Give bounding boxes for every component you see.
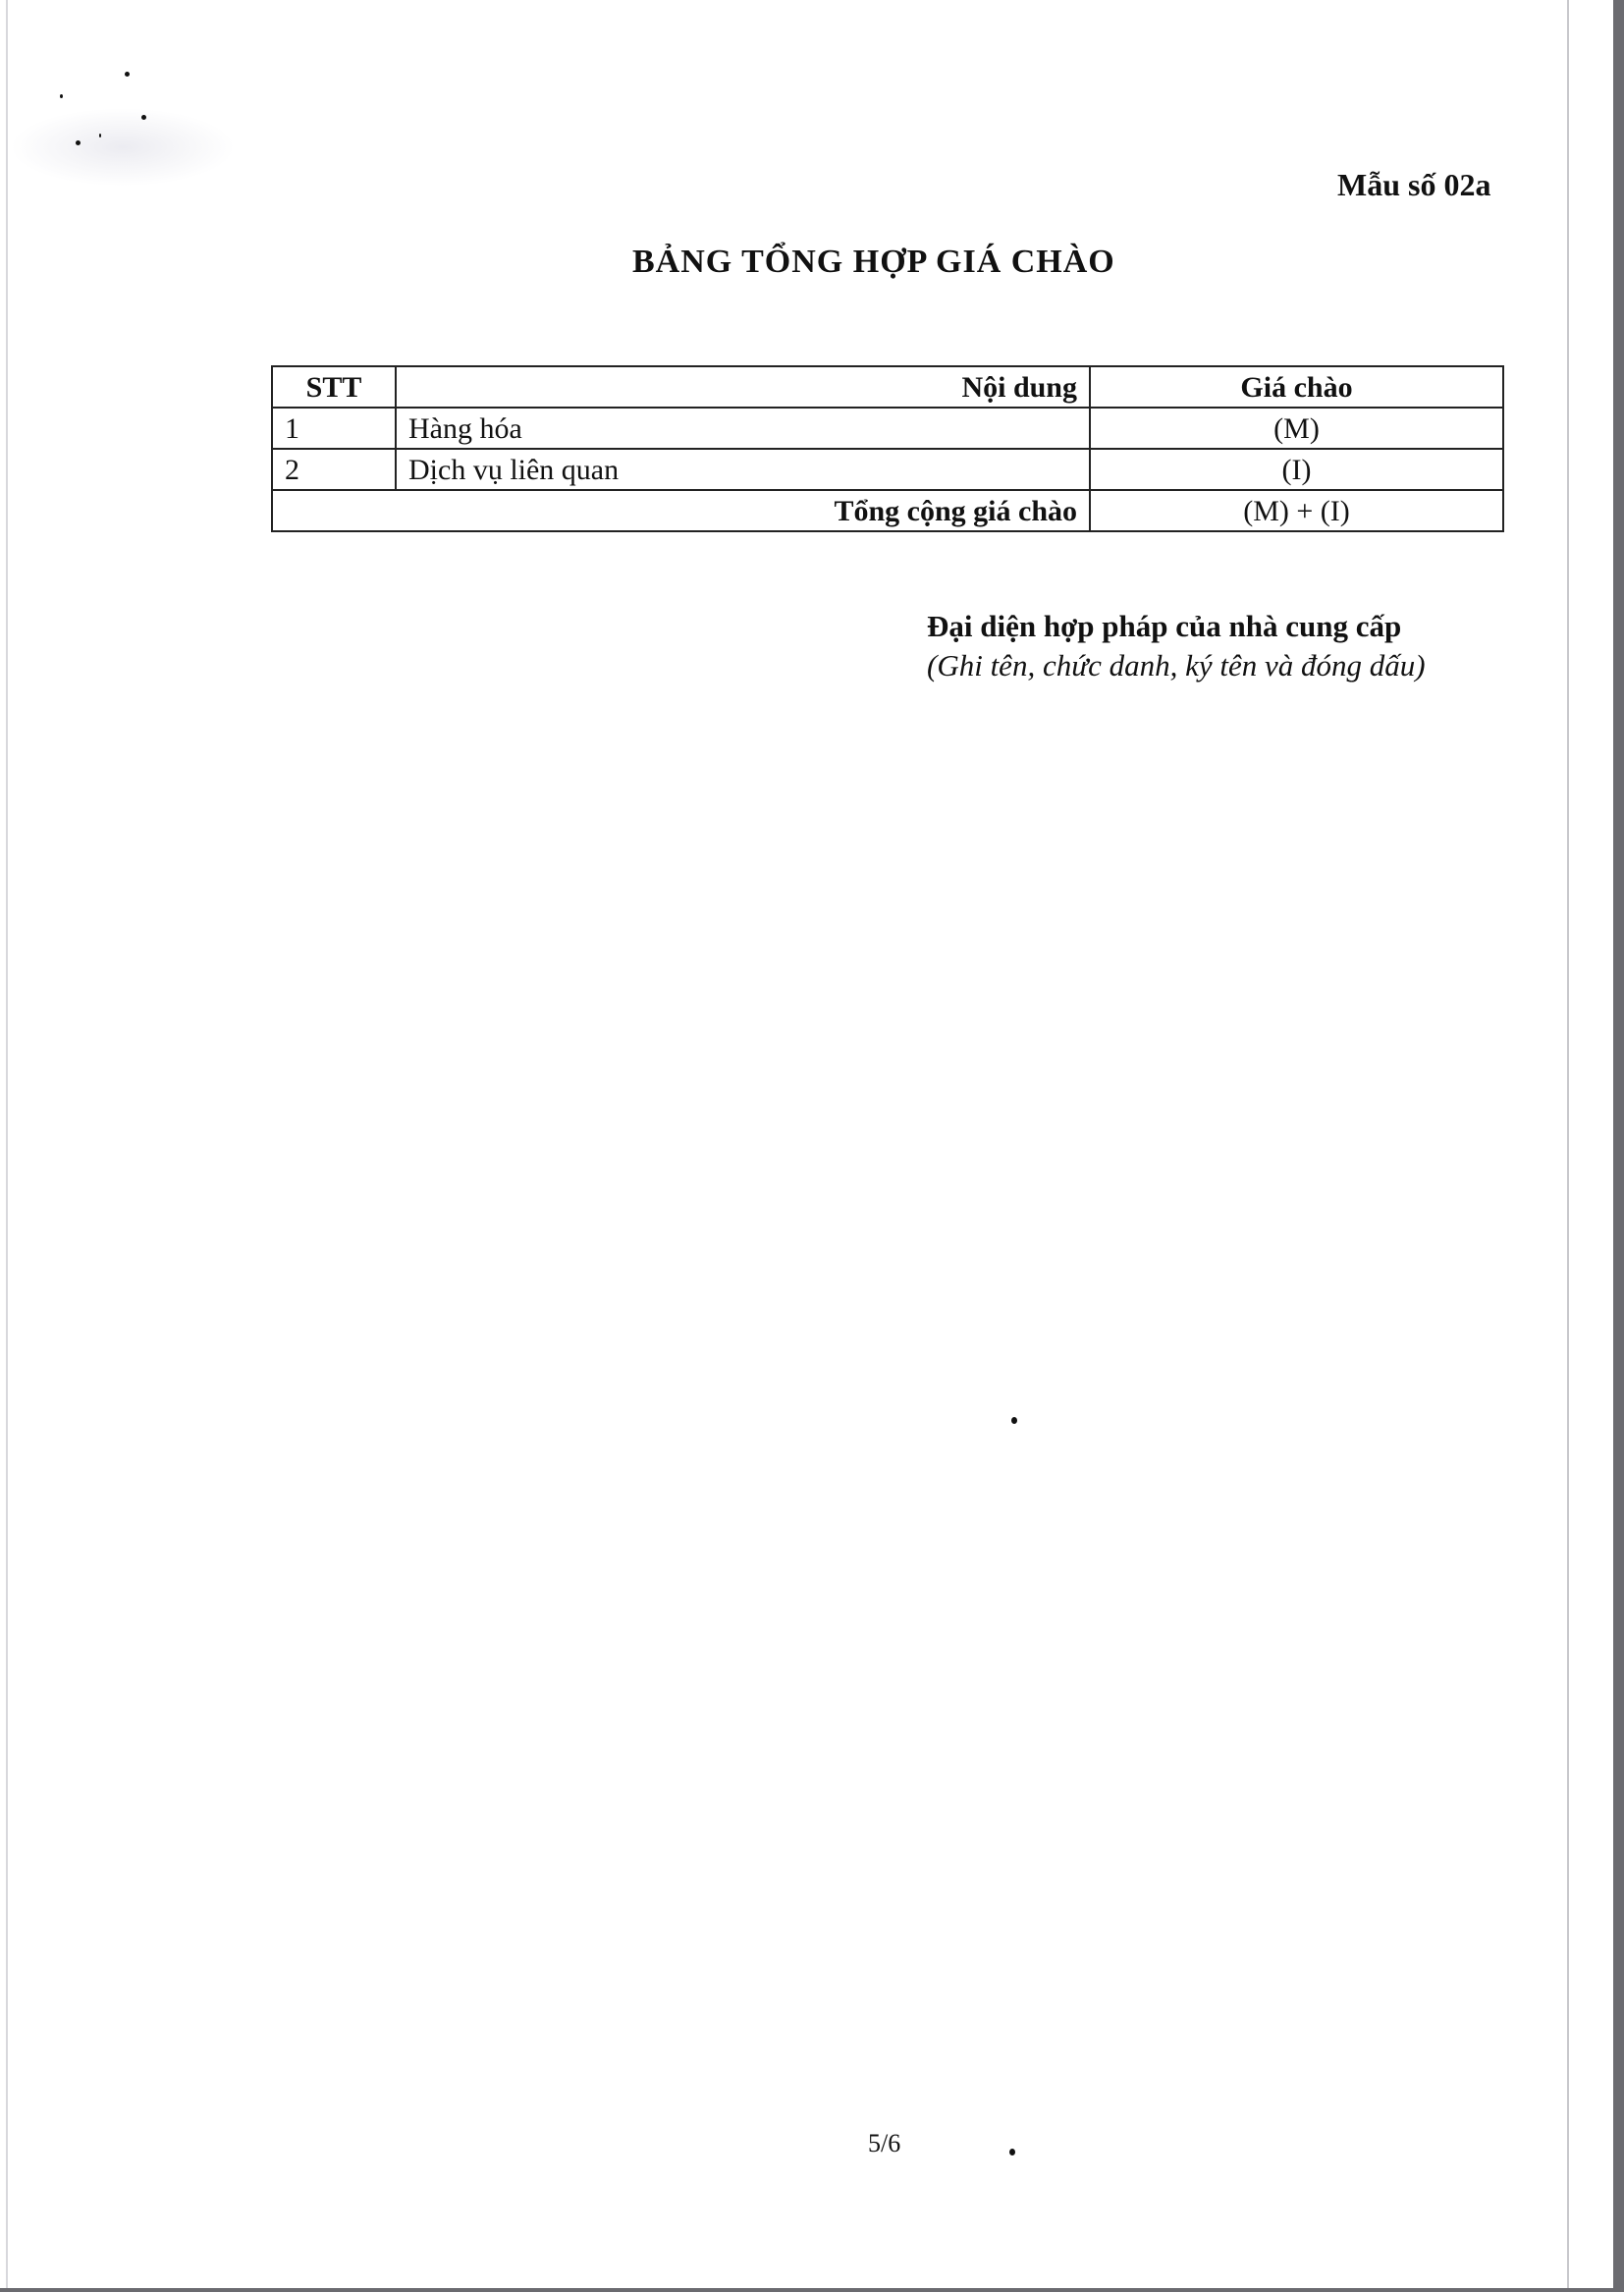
row-price: (M) <box>1090 408 1503 449</box>
price-summary-table: STT Nội dung Giá chào 1 Hàng hóa (M) 2 D… <box>271 365 1504 532</box>
signature-note: (Ghi tên, chức danh, ký tên và đóng dấu) <box>927 646 1426 685</box>
table-row: 2 Dịch vụ liên quan (I) <box>272 449 1503 490</box>
table-total-row: Tổng cộng giá chào (M) + (I) <box>272 490 1503 531</box>
scan-left-border <box>6 0 8 2292</box>
scan-speck <box>60 94 63 98</box>
row-stt: 1 <box>272 408 396 449</box>
total-label: Tổng cộng giá chào <box>272 490 1090 531</box>
signature-title: Đại diện hợp pháp của nhà cung cấp <box>927 607 1426 646</box>
scan-bottom-edge <box>0 2288 1624 2292</box>
table-header-row: STT Nội dung Giá chào <box>272 366 1503 408</box>
table-row: 1 Hàng hóa (M) <box>272 408 1503 449</box>
scan-speck <box>76 140 81 145</box>
scan-speck <box>1011 1417 1017 1424</box>
document-page: Mẫu số 02a BẢNG TỔNG HỢP GIÁ CHÀO STT Nộ… <box>0 0 1624 2292</box>
scan-speck <box>99 134 101 137</box>
row-stt: 2 <box>272 449 396 490</box>
row-content: Dịch vụ liên quan <box>396 449 1090 490</box>
signature-block: Đại diện hợp pháp của nhà cung cấp (Ghi … <box>927 607 1426 685</box>
scan-right-line <box>1567 0 1569 2292</box>
scan-right-edge <box>1613 0 1624 2292</box>
header-content: Nội dung <box>396 366 1090 408</box>
scan-speck <box>125 72 130 77</box>
scan-speck <box>1009 2149 1015 2156</box>
document-title: BẢNG TỔNG HỢP GIÁ CHÀO <box>632 244 1115 281</box>
row-price: (I) <box>1090 449 1503 490</box>
scan-speck <box>141 115 146 120</box>
scan-smudge <box>10 108 236 187</box>
form-number: Mẫu số 02a <box>1337 167 1490 203</box>
total-price: (M) + (I) <box>1090 490 1503 531</box>
page-number: 5/6 <box>868 2129 900 2158</box>
header-stt: STT <box>272 366 396 408</box>
row-content: Hàng hóa <box>396 408 1090 449</box>
header-price: Giá chào <box>1090 366 1503 408</box>
